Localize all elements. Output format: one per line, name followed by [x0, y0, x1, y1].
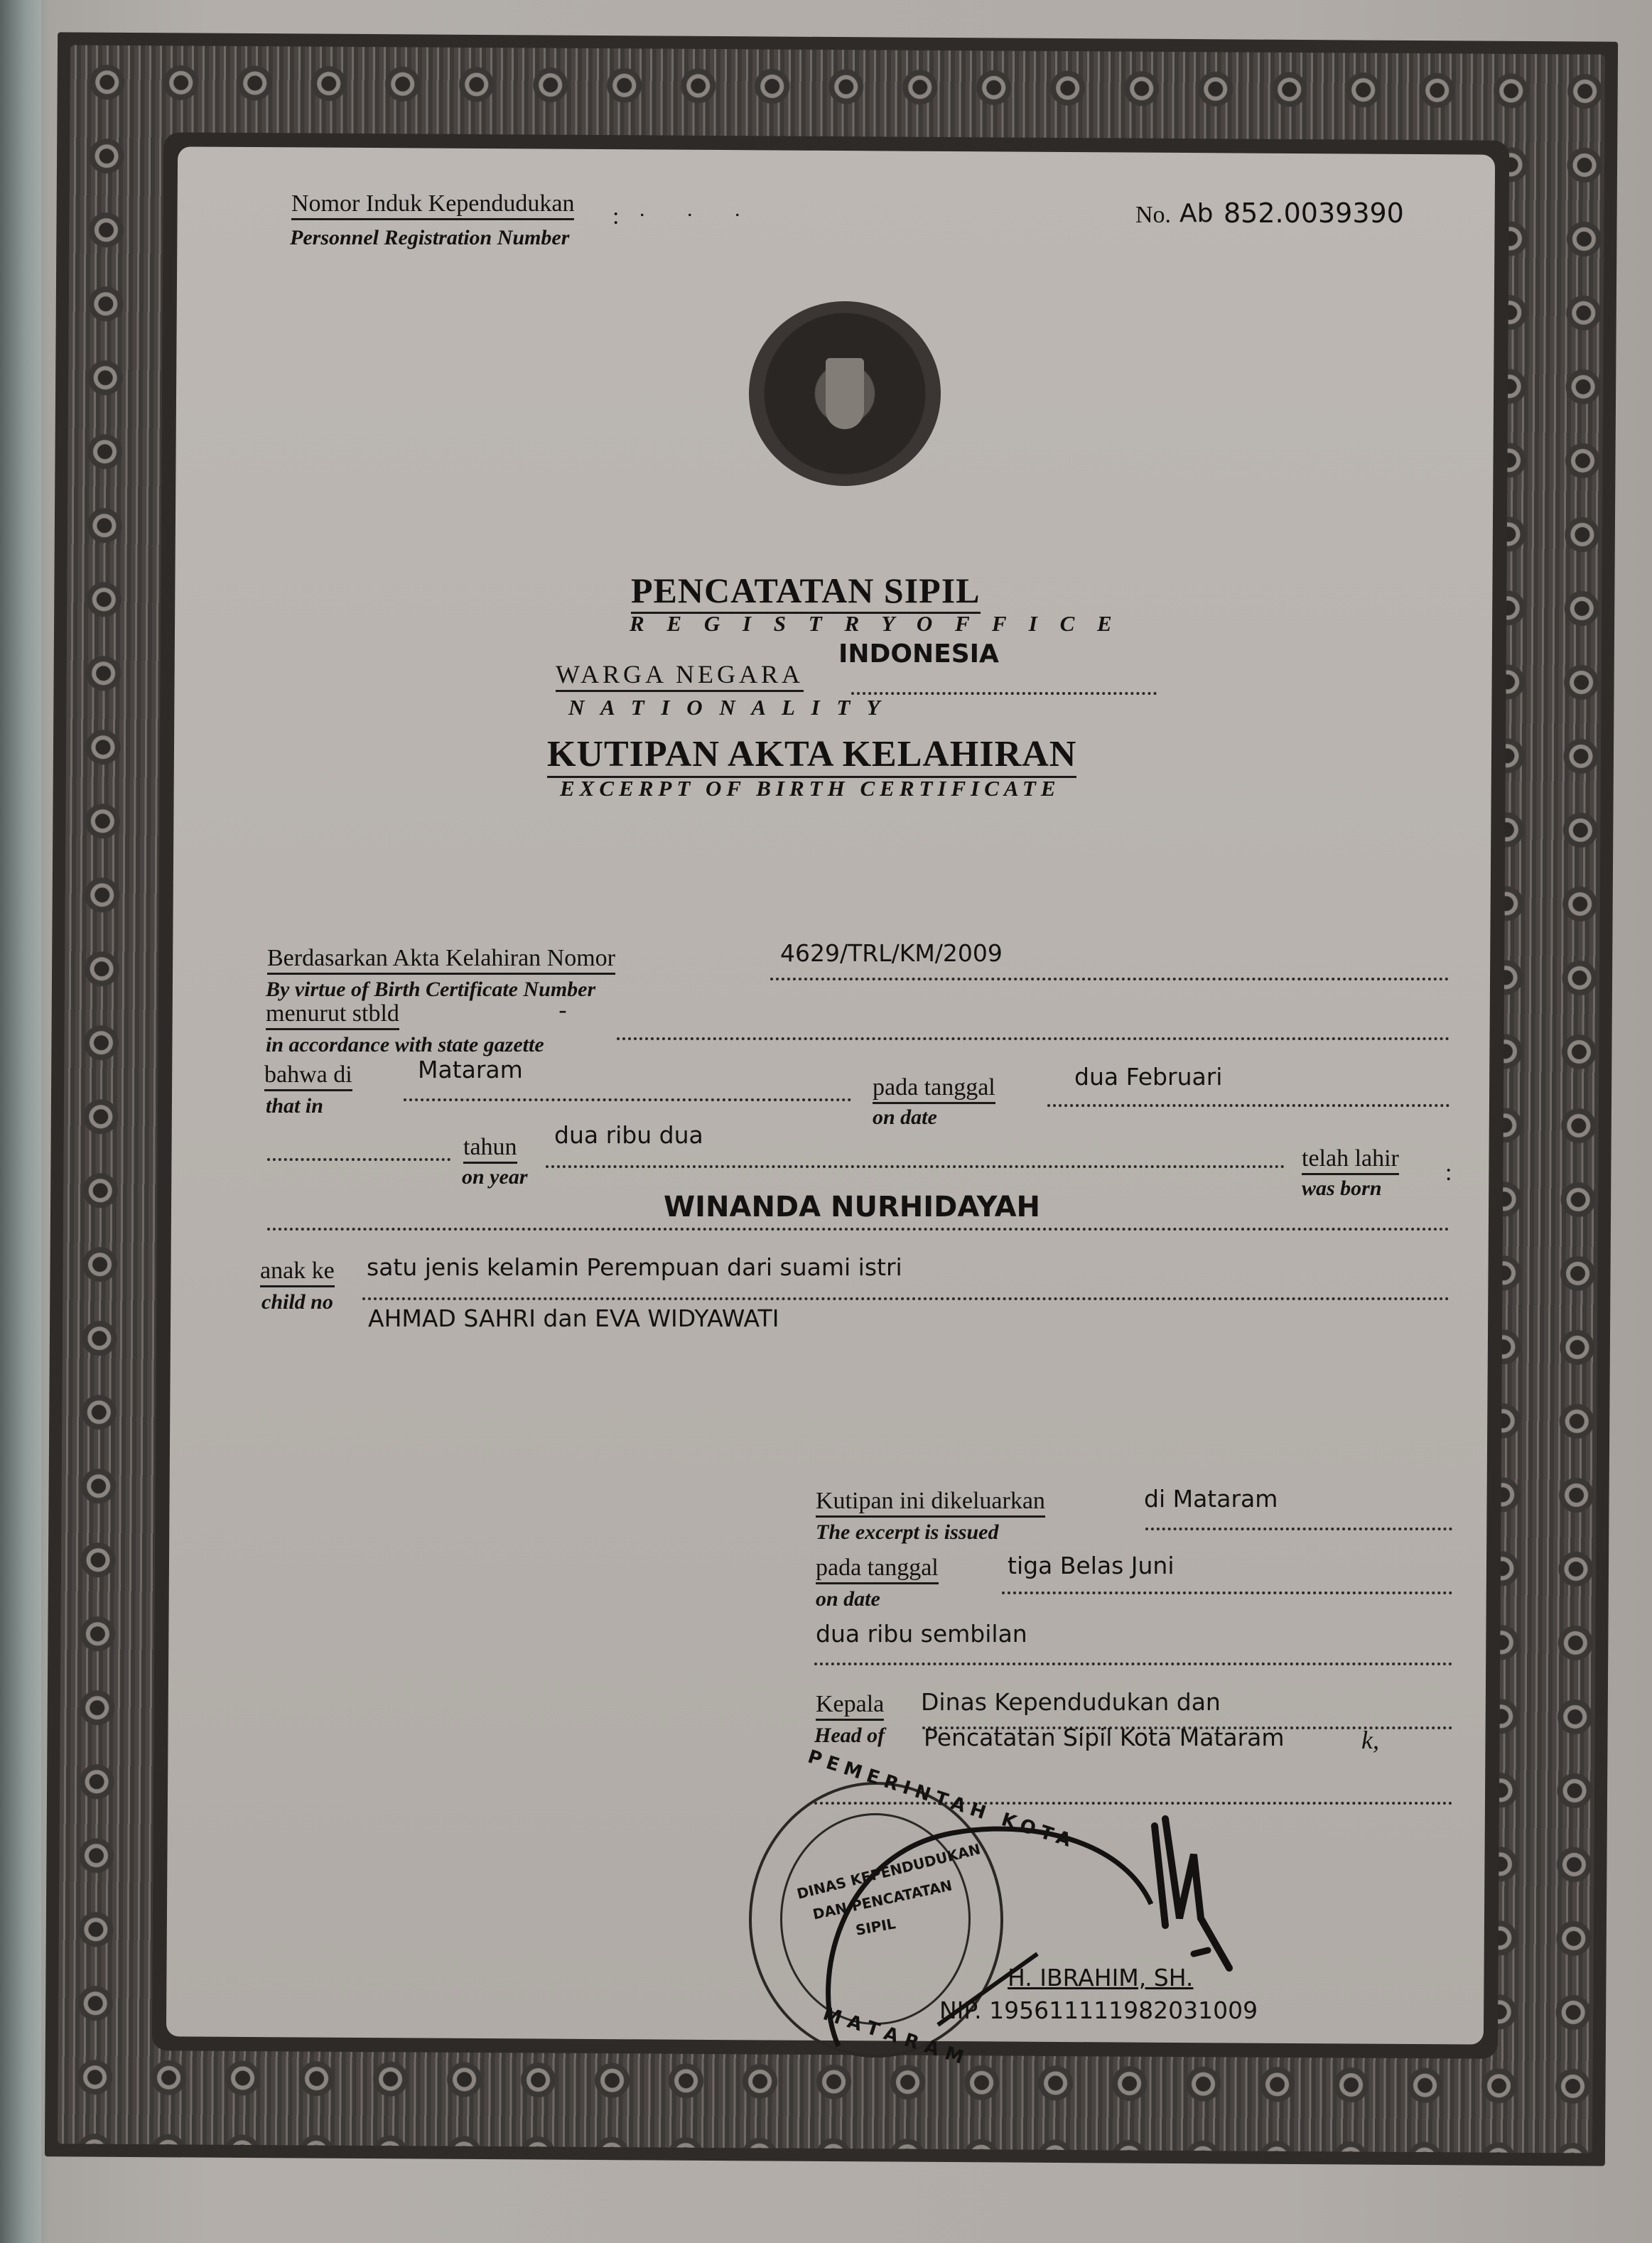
born-separator: : [1445, 1160, 1452, 1187]
cert-number-dotted-line [770, 978, 1449, 980]
issued-label: Kutipan ini dikeluarkan [816, 1488, 1045, 1515]
stbld-value: - [558, 996, 567, 1024]
place-label: bahwa di [264, 1061, 352, 1088]
date-label: pada tanggal [873, 1074, 995, 1101]
child-no-label: anak ke [260, 1258, 335, 1285]
stbld-label-en: in accordance with state gazette [266, 1033, 544, 1057]
stbld-dotted-line [617, 1037, 1449, 1040]
office-title-en: R E G I S T R Y O F F I C E [630, 611, 1121, 637]
nationality-value: INDONESIA [838, 639, 999, 669]
child-no-label-en: child no [261, 1290, 333, 1314]
child-name-dotted-line [267, 1228, 1449, 1231]
date-dotted-line [1047, 1104, 1449, 1107]
issued-label-en: The excerpt is issued [816, 1520, 998, 1545]
certificate-title: KUTIPAN AKTA KELAHIRAN [547, 733, 1076, 775]
date-label-en: on date [873, 1106, 937, 1130]
underlying-folder-edge [0, 0, 41, 2243]
issued-date-value: tiga Belas Juni [1008, 1552, 1175, 1579]
office-title: PENCATATAN SIPIL [631, 570, 981, 611]
serial-number: 852.0039390 [1224, 198, 1404, 229]
issued-date-label-en: on date [816, 1587, 880, 1611]
signatory-name: H. IBRAHIM, SH. [1008, 1964, 1193, 1991]
child-no-value: satu jenis kelamin Perempuan dari suami … [367, 1253, 902, 1281]
cert-number-label-en: By virtue of Birth Certificate Number [266, 978, 595, 1002]
issued-place-dotted-line [1145, 1528, 1452, 1530]
year-value: dua ribu dua [554, 1121, 703, 1149]
signatory-nip: NIP. 195611111982031009 [939, 1996, 1258, 2024]
serial-code: Ab [1179, 199, 1213, 228]
head-initial: k, [1361, 1725, 1379, 1755]
coat-of-arms-seal-icon [749, 301, 941, 486]
place-label-en: that in [266, 1094, 323, 1118]
date-value: dua Februari [1074, 1063, 1222, 1091]
born-label-en: was born [1302, 1177, 1382, 1201]
cert-number-value: 4629/TRL/KM/2009 [780, 939, 1003, 967]
head-label: Kepala [816, 1691, 884, 1718]
certificate-title-en: EXCERPT OF BIRTH CERTIFICATE [560, 776, 1061, 801]
issued-date-label: pada tanggal [816, 1555, 939, 1582]
child-name: WINANDA NURHIDAYAH [664, 1191, 1040, 1223]
issued-place: di Mataram [1144, 1485, 1278, 1513]
place-dotted-line [404, 1098, 851, 1101]
nik-label: Nomor Induk Kependudukan [291, 190, 574, 217]
shield-icon [826, 358, 864, 429]
child-no-dotted-line [362, 1297, 1449, 1300]
year-dotted-line [546, 1165, 1285, 1168]
nationality-dotted-line [851, 692, 1157, 695]
head-value-line1: Dinas Kependudukan dan [921, 1688, 1221, 1716]
nik-value: . . . [639, 198, 759, 222]
issued-year-value: dua ribu sembilan [816, 1620, 1027, 1648]
nationality-label-en: N A T I O N A L I T Y [568, 695, 885, 720]
nationality-label: WARGA NEGARA [556, 659, 804, 689]
cert-number-label: Berdasarkan Akta Kelahiran Nomor [267, 945, 615, 972]
nik-separator: : [612, 203, 619, 230]
head-label-en: Head of [814, 1724, 885, 1748]
parents-value: AHMAD SAHRI dan EVA WIDYAWATI [368, 1304, 779, 1332]
head-value-line2: Pencatatan Sipil Kota Mataram [924, 1724, 1285, 1751]
issued-year-dotted-line [814, 1663, 1452, 1665]
nik-label-en: Personnel Registration Number [290, 226, 569, 250]
serial-prefix: No. [1135, 202, 1171, 229]
year-label: tahun [463, 1134, 517, 1161]
issued-date-dotted-line [1002, 1591, 1452, 1594]
born-label: telah lahir [1302, 1145, 1399, 1172]
year-label-en: on year [462, 1165, 528, 1189]
year-leading-dotted-line [267, 1158, 450, 1161]
place-value: Mataram [418, 1056, 523, 1083]
stbld-label: menurut stbld [266, 1000, 399, 1027]
